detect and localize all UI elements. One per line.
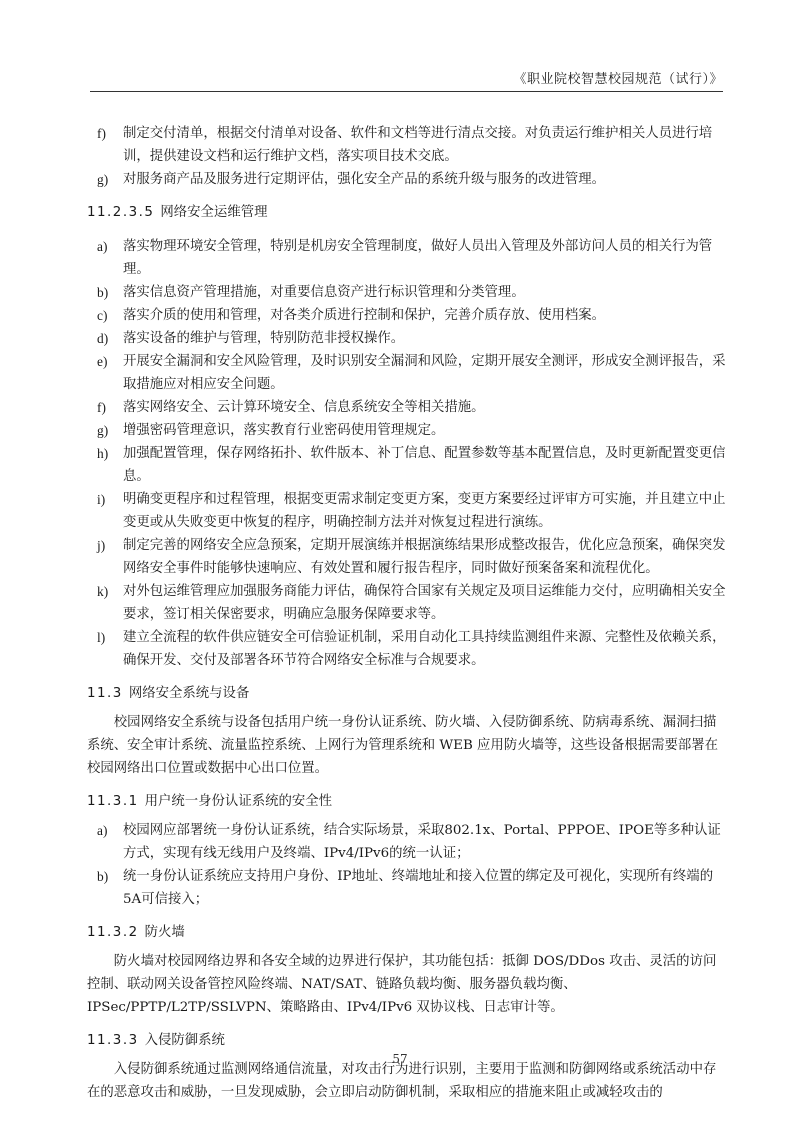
section-heading-11-2-3-5: 11.2.3.5网络安全运维管理 — [87, 201, 727, 224]
list-item: j)制定完善的网络安全应急预案，定期开展演练并根据演练结果形成整改报告，优化应急… — [97, 534, 727, 580]
list-item: f)制定交付清单，根据交付清单对设备、软件和文档等进行清点交接。对负责运行维护相… — [97, 122, 727, 168]
list-item: h)加强配置管理，保存网络拓扑、软件版本、补丁信息、配置参数等基本配置信息，及时… — [97, 442, 727, 488]
page-content: f)制定交付清单，根据交付清单对设备、软件和文档等进行清点交接。对负责运行维护相… — [97, 118, 727, 1104]
list-item: b)统一身份认证系统应支持用户身份、IP地址、终端地址和接入位置的绑定及可视化，… — [97, 865, 727, 911]
item-text: 明确变更程序和过程管理，根据变更需求制定变更方案，变更方案要经过评审方可实施，并… — [123, 488, 727, 534]
list-item: a)落实物理环境安全管理，特别是机房安全管理制度，做好人员出入管理及外部访问人员… — [97, 235, 727, 281]
item-text: 增强密码管理意识，落实教育行业密码使用管理规定。 — [123, 419, 727, 442]
section-heading-11-3-1: 11.3.1用户统一身份认证系统的安全性 — [87, 790, 727, 813]
list-item: e)开展安全漏洞和安全风险管理，及时识别安全漏洞和风险，定期开展安全测评，形成安… — [97, 350, 727, 396]
running-header: 《职业院校智慧校园规范（试行）》 — [90, 68, 723, 92]
item-marker: l) — [97, 626, 105, 649]
section-11-3-1-list: a)校园网应部署统一身份认证系统，结合实际场景，采取802.1x、Portal、… — [97, 819, 727, 911]
item-marker: c) — [97, 304, 107, 327]
item-text: 建立全流程的软件供应链安全可信验证机制，采用自动化工具持续监测组件来源、完整性及… — [123, 626, 727, 672]
item-text: 制定交付清单，根据交付清单对设备、软件和文档等进行清点交接。对负责运行维护相关人… — [123, 122, 727, 168]
item-text: 落实信息资产管理措施，对重要信息资产进行标识管理和分类管理。 — [123, 281, 727, 304]
item-text: 加强配置管理，保存网络拓扑、软件版本、补丁信息、配置参数等基本配置信息，及时更新… — [123, 442, 727, 488]
item-marker: j) — [97, 534, 105, 557]
item-marker: i) — [97, 488, 105, 511]
item-marker: d) — [97, 327, 108, 350]
page-number: 57 — [0, 1052, 800, 1066]
item-marker: b) — [97, 281, 108, 304]
item-marker: b) — [97, 865, 108, 888]
item-marker: e) — [97, 350, 107, 373]
list-item: b)落实信息资产管理措施，对重要信息资产进行标识管理和分类管理。 — [97, 281, 727, 304]
item-marker: h) — [97, 442, 108, 465]
item-text: 校园网应部署统一身份认证系统，结合实际场景，采取802.1x、Portal、PP… — [123, 819, 727, 865]
item-marker: k) — [97, 580, 108, 603]
list-item: l)建立全流程的软件供应链安全可信验证机制，采用自动化工具持续监测组件来源、完整… — [97, 626, 727, 672]
section-heading-11-3: 11.3网络安全系统与设备 — [87, 682, 727, 705]
list-item: d)落实设备的维护与管理，特别防范非授权操作。 — [97, 327, 727, 350]
item-marker: g) — [97, 168, 108, 191]
item-text: 落实介质的使用和管理，对各类介质进行控制和保护，完善介质存放、使用档案。 — [123, 304, 727, 327]
item-marker: a) — [97, 235, 107, 258]
list-item: c)落实介质的使用和管理，对各类介质进行控制和保护，完善介质存放、使用档案。 — [97, 304, 727, 327]
item-text: 统一身份认证系统应支持用户身份、IP地址、终端地址和接入位置的绑定及可视化，实现… — [123, 865, 727, 911]
section-heading-11-3-3: 11.3.3入侵防御系统 — [87, 1029, 727, 1052]
item-text: 落实网络安全、云计算环境安全、信息系统安全等相关措施。 — [123, 396, 727, 419]
item-text: 对外包运维管理应加强服务商能力评估，确保符合国家有关规定及项目运维能力交付，应明… — [123, 580, 727, 626]
item-text: 落实设备的维护与管理，特别防范非授权操作。 — [123, 327, 727, 350]
item-text: 开展安全漏洞和安全风险管理，及时识别安全漏洞和风险，定期开展安全测评，形成安全测… — [123, 350, 727, 396]
list-item: a)校园网应部署统一身份认证系统，结合实际场景，采取802.1x、Portal、… — [97, 819, 727, 865]
item-text: 落实物理环境安全管理，特别是机房安全管理制度，做好人员出入管理及外部访问人员的相… — [123, 235, 727, 281]
section-heading-11-3-2: 11.3.2防火墙 — [87, 921, 727, 944]
section-11-2-3-5-list: a)落实物理环境安全管理，特别是机房安全管理制度，做好人员出入管理及外部访问人员… — [97, 235, 727, 672]
item-marker: g) — [97, 419, 108, 442]
item-text: 对服务商产品及服务进行定期评估，强化安全产品的系统升级与服务的改进管理。 — [123, 168, 727, 191]
list-item: g)对服务商产品及服务进行定期评估，强化安全产品的系统升级与服务的改进管理。 — [97, 168, 727, 191]
item-text: 制定完善的网络安全应急预案，定期开展演练并根据演练结果形成整改报告，优化应急预案… — [123, 534, 727, 580]
section-11-3-2-paragraph: 防火墙对校园网络边界和各安全域的边界进行保护，其功能包括：抵御 DOS/DDos… — [87, 950, 727, 1019]
list-item: k)对外包运维管理应加强服务商能力评估，确保符合国家有关规定及项目运维能力交付，… — [97, 580, 727, 626]
list-item: f)落实网络安全、云计算环境安全、信息系统安全等相关措施。 — [97, 396, 727, 419]
item-marker: f) — [97, 396, 106, 419]
section-11-3-paragraph: 校园网络安全系统与设备包括用户统一身份认证系统、防火墙、入侵防御系统、防病毒系统… — [87, 711, 727, 780]
list-item: i)明确变更程序和过程管理，根据变更需求制定变更方案，变更方案要经过评审方可实施… — [97, 488, 727, 534]
intro-list: f)制定交付清单，根据交付清单对设备、软件和文档等进行清点交接。对负责运行维护相… — [97, 122, 727, 191]
list-item: g)增强密码管理意识，落实教育行业密码使用管理规定。 — [97, 419, 727, 442]
item-marker: a) — [97, 819, 107, 842]
item-marker: f) — [97, 122, 106, 145]
